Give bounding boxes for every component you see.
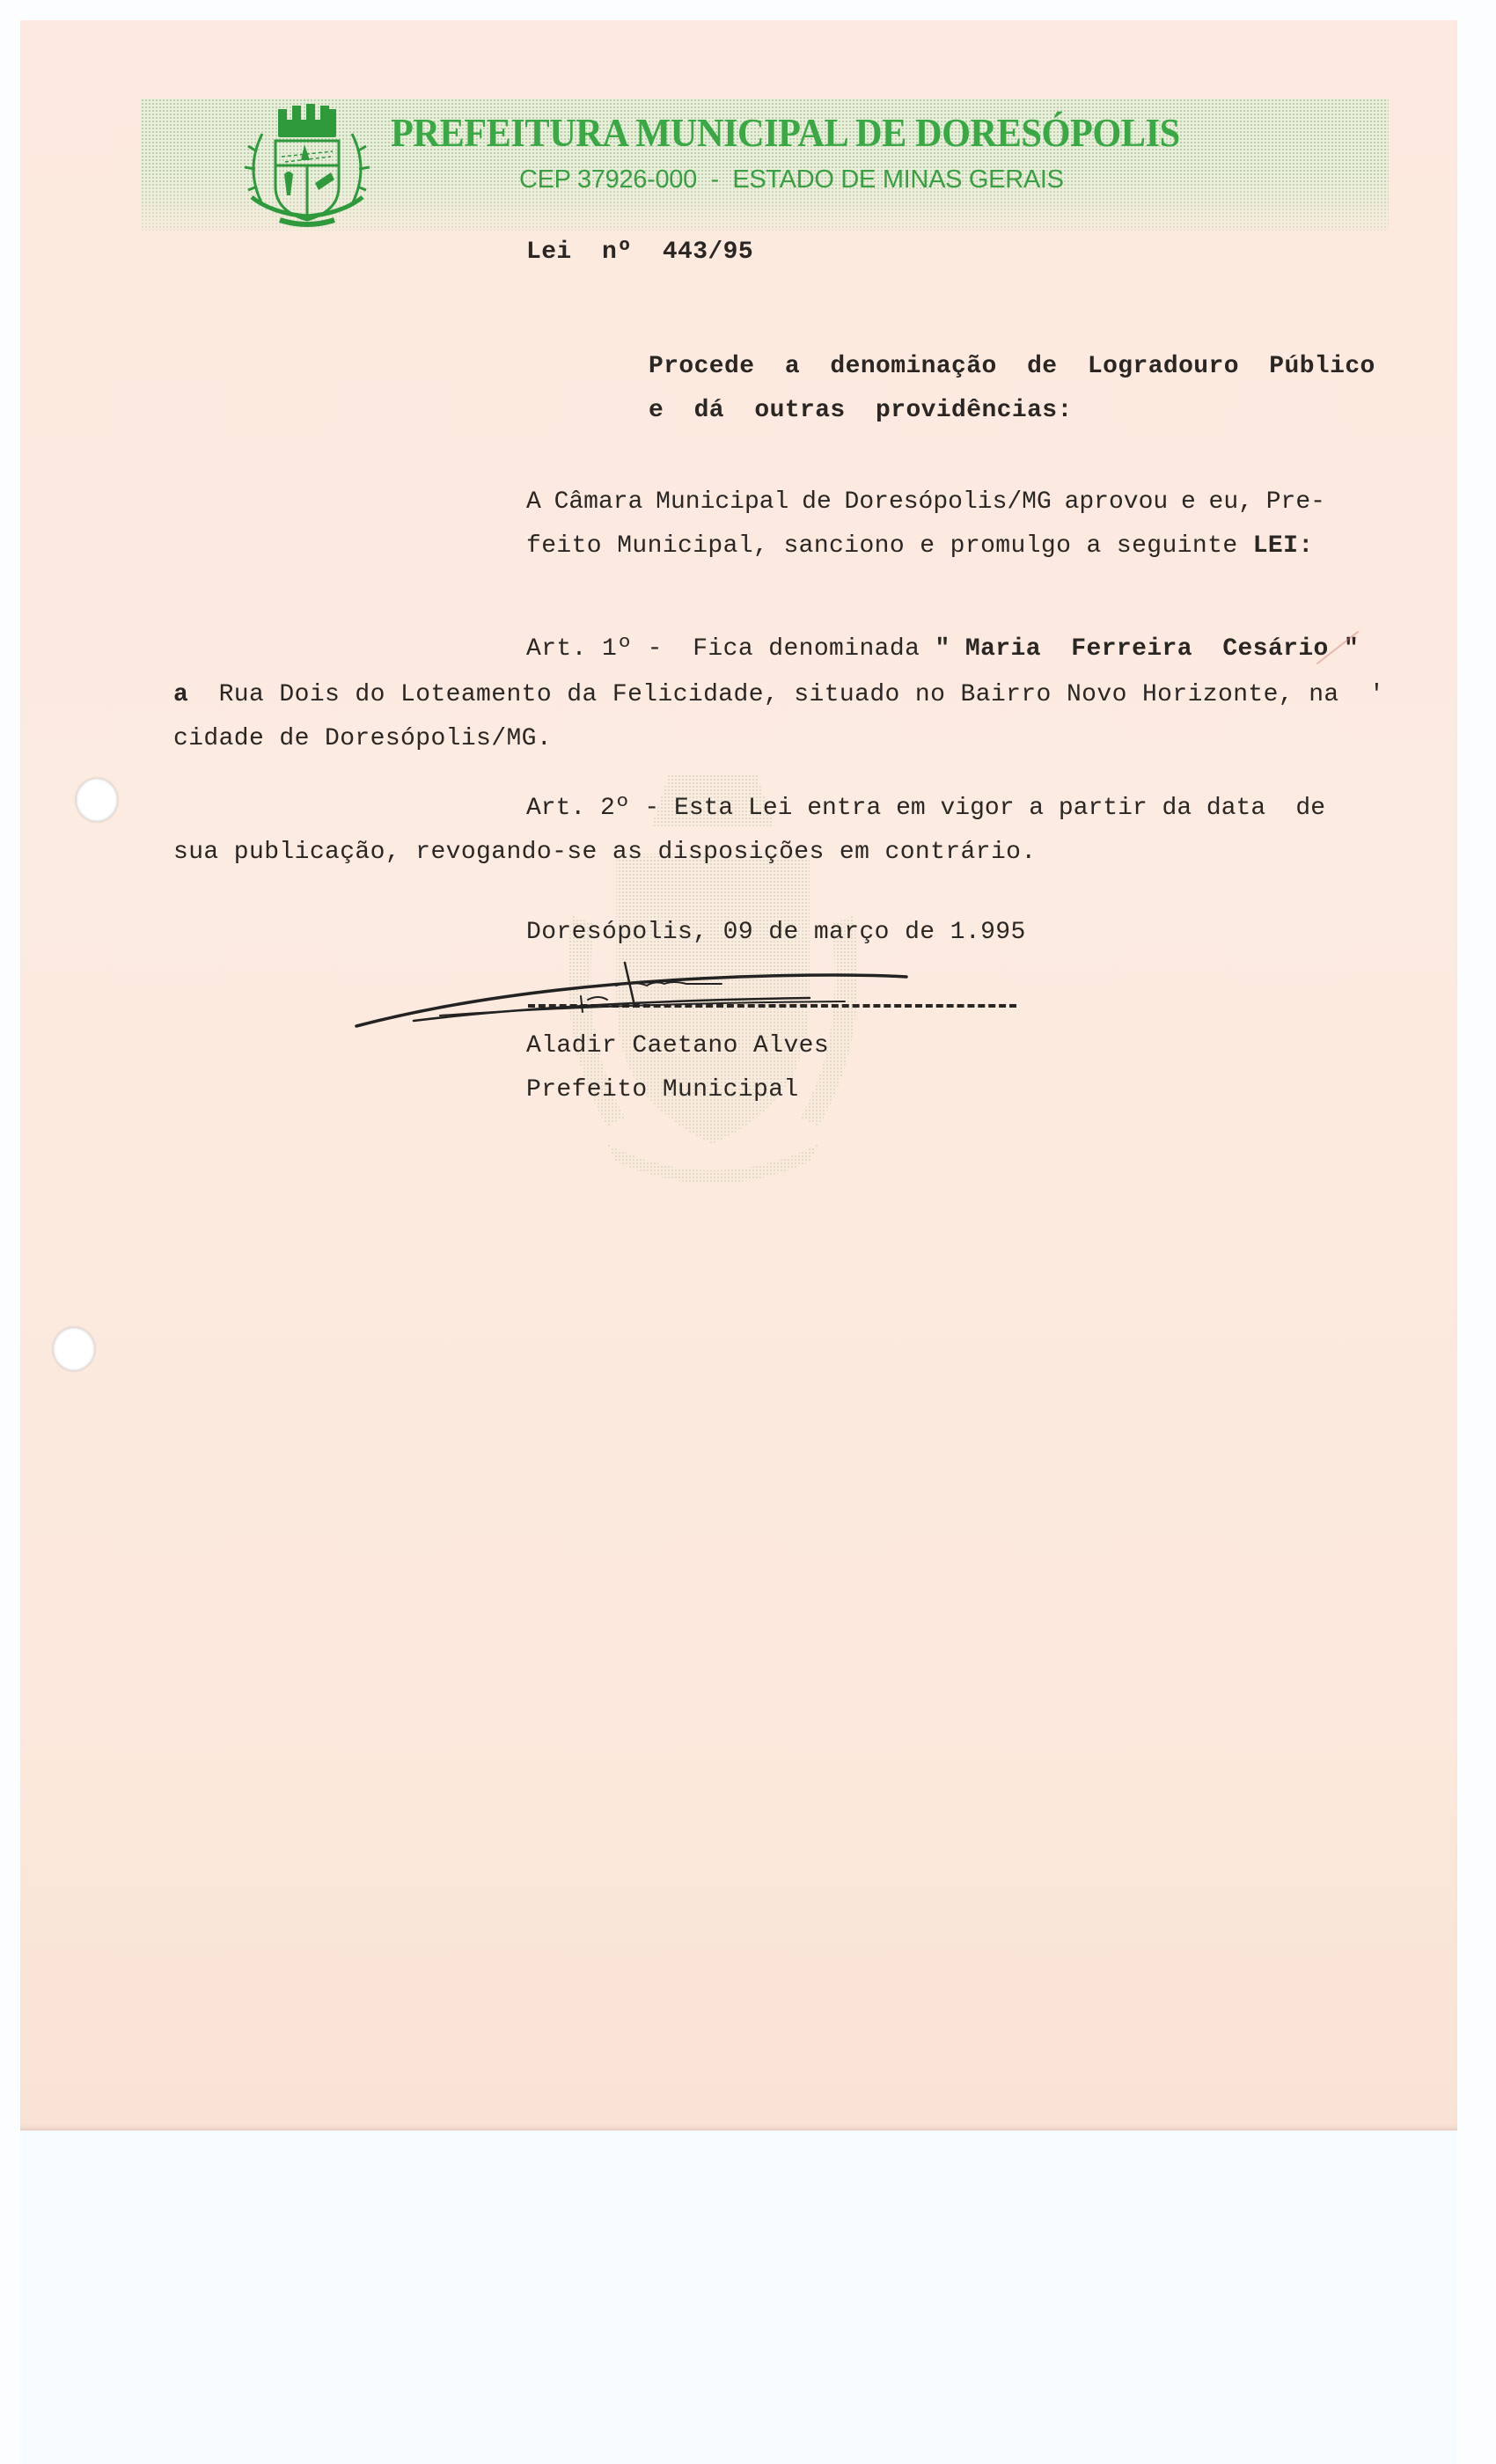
word: A [526,490,541,515]
word: de [802,490,832,515]
word: e [1181,490,1196,515]
law-summary-line-2: e dá outras providências: [649,399,1073,423]
date-line: Doresópolis, 09 de março de 1.995 [526,920,1026,945]
letterhead-title: PREFEITURA MUNICIPAL DE DORESÓPOLIS [391,109,1180,156]
word: eu, [1209,490,1253,515]
article-2-label: Art. 2º - Esta Lei entra em vigor a part… [526,796,1265,821]
article-1-text: Rua Dois do Loteamento da Felicidade, si… [188,681,1384,708]
preamble-text: feito Municipal, sanciono e promulgo a s… [526,532,1253,560]
punch-hole [53,1327,95,1371]
article-2-line-2: sua publicação, revogando-se as disposiç… [173,840,1037,865]
word: Municipal [656,490,788,515]
law-number: Lei nº 443/95 [526,240,753,265]
article-1-article-a: a [173,681,188,708]
honoree-name: " Maria Ferreira Cesário " [935,635,1359,663]
preamble-line-1: A Câmara Municipal de Doresópolis/MG apr… [526,490,1325,515]
article-1-label: Art. 1º - Fica denominada [526,635,935,663]
signer-name: Aladir Caetano Alves [526,1034,829,1059]
signer-role: Prefeito Municipal [526,1078,799,1103]
scanner-background [20,2130,1457,2464]
article-1-line-1: Art. 1º - Fica denominada " Maria Ferrei… [526,637,1359,662]
preamble-line-2: feito Municipal, sanciono e promulgo a s… [526,534,1314,559]
article-1-line-2: a Rua Dois do Loteamento da Felicidade, … [173,683,1384,708]
coat-of-arms-icon [236,99,378,231]
article-2-line-1: Art. 2º - Esta Lei entra em vigor a part… [526,796,1325,821]
punch-hole [76,778,118,822]
word: Pre- [1266,490,1325,515]
law-summary-line-1: Procede a denominação de Logradouro Públ… [649,355,1375,379]
article-1-line-3: cidade de Doresópolis/MG. [173,727,552,752]
word: Doresópolis/MG [845,490,1052,515]
letterhead-subtitle: CEP 37926-000 - ESTADO DE MINAS GERAIS [519,165,1064,194]
word: aprovou [1065,490,1169,515]
article-2-label-end: de [1295,796,1325,821]
preamble-lei-label: LEI: [1253,532,1314,560]
word: Câmara [554,490,643,515]
signature-icon [352,950,968,1038]
